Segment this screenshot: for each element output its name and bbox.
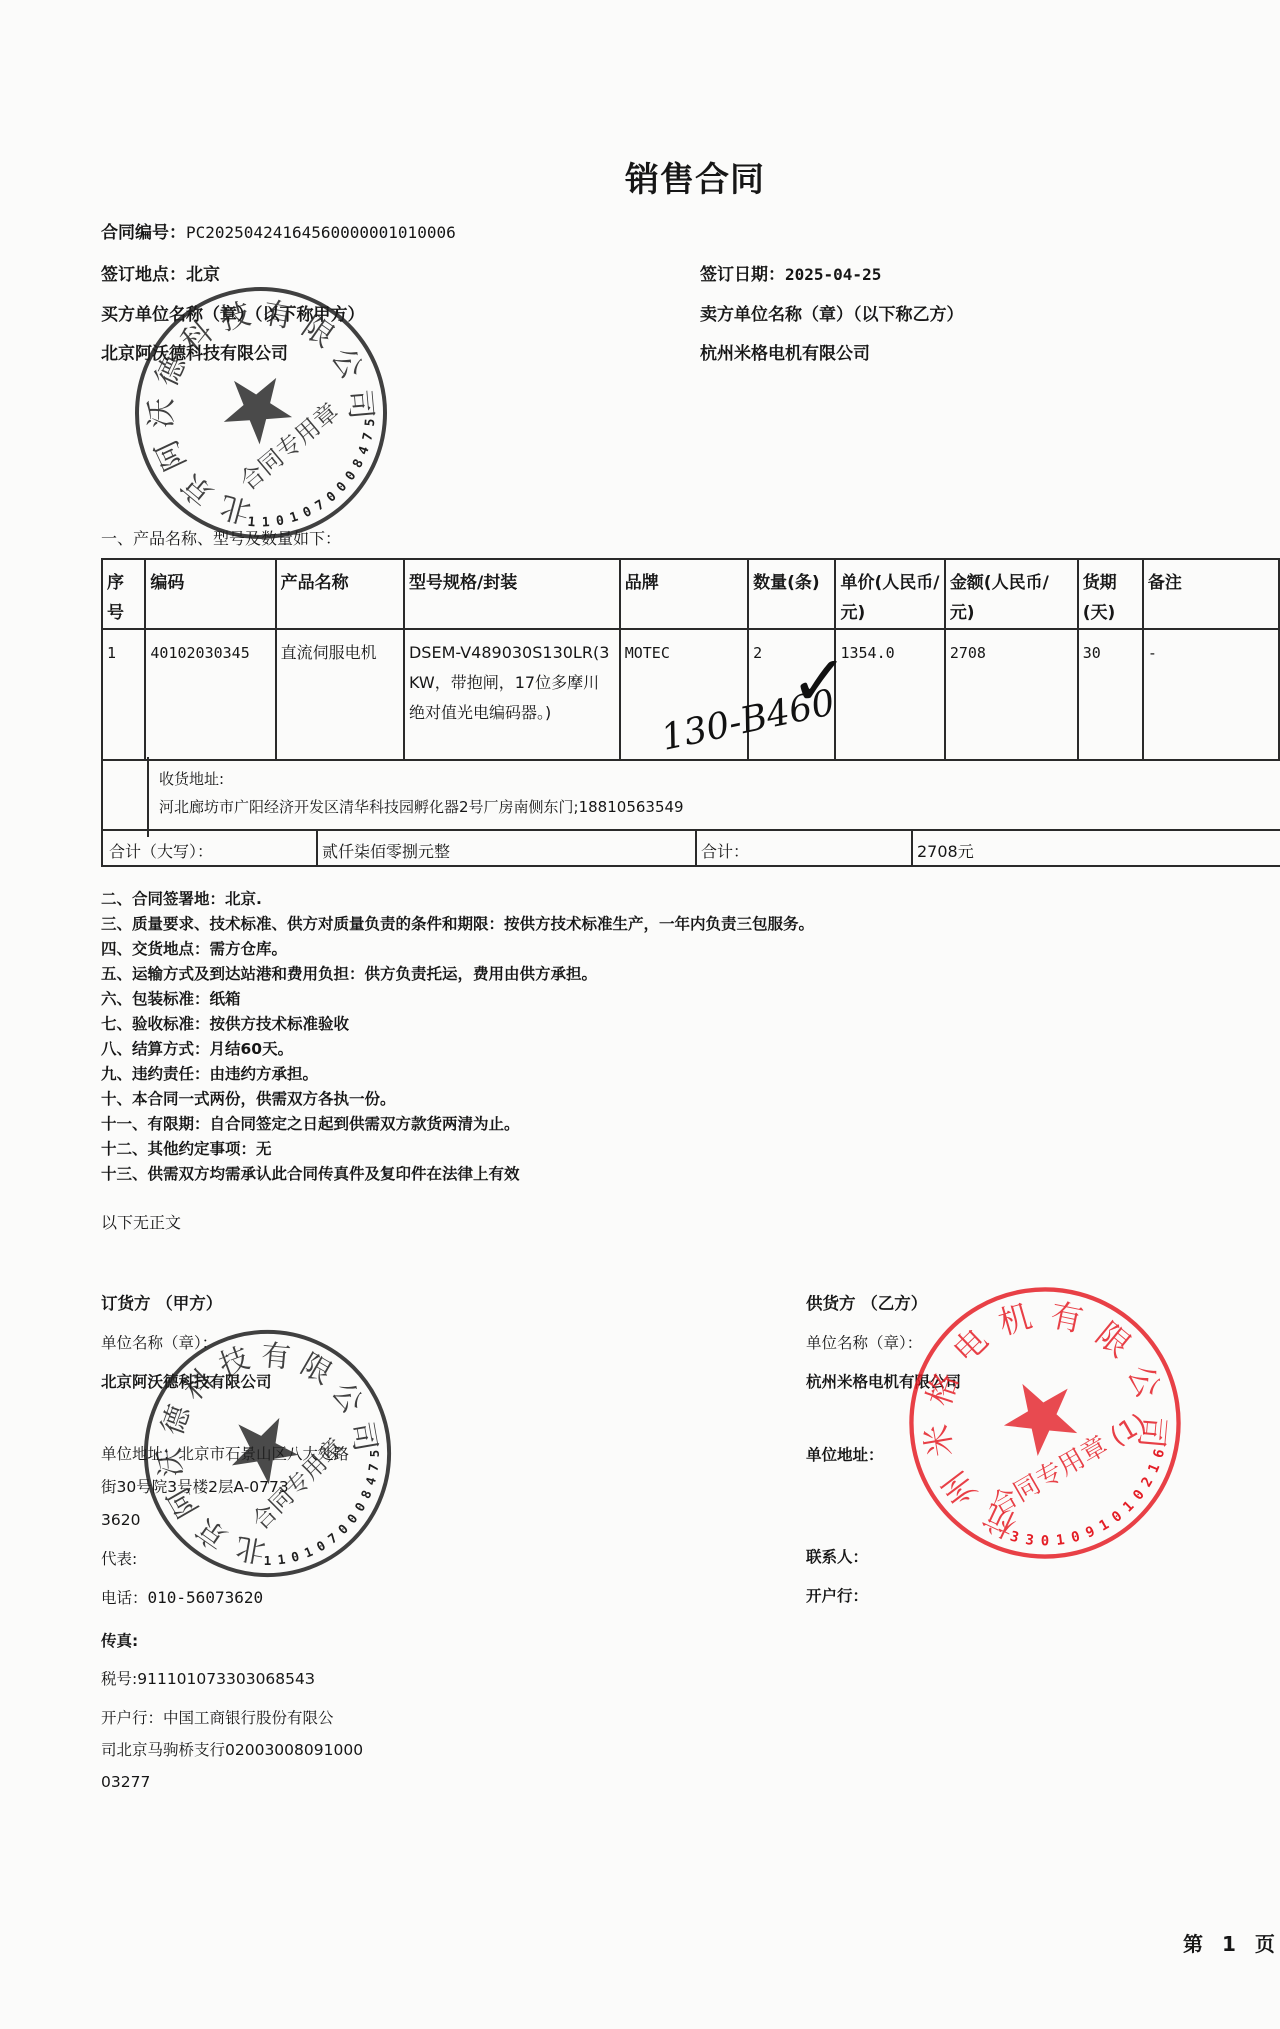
- no-more-text: 以下无正文: [101, 1210, 181, 1233]
- svg-text:0: 0: [343, 468, 360, 483]
- cell-unit-price: 1354.0: [835, 629, 944, 760]
- delivery-address-row: 收货地址: 河北廊坊市广阳经济开发区清华科技园孵化器2号厂房南侧东门;18810…: [101, 757, 1280, 831]
- svg-text:8: 8: [350, 457, 367, 471]
- svg-text:5: 5: [368, 1450, 383, 1458]
- svg-text:0: 0: [1070, 1529, 1082, 1547]
- clause-4: 四、交货地点：需方仓库。: [101, 937, 814, 962]
- svg-text:0: 0: [353, 1500, 370, 1514]
- seller-contract-stamp-icon: 杭州米格电机有限公司合同专用章 (1)3301091010216: [905, 1283, 1185, 1563]
- col-header-brand: 品牌: [620, 559, 748, 629]
- svg-text:0: 0: [290, 1549, 301, 1565]
- svg-text:科: 科: [175, 314, 220, 360]
- cell-seq: 1: [102, 629, 145, 760]
- svg-text:7: 7: [326, 1531, 341, 1548]
- svg-text:1: 1: [1055, 1532, 1065, 1549]
- buyer-address-line3: 3620: [101, 1510, 140, 1530]
- total-upper-value: 贰仟柒佰零捌元整: [316, 829, 697, 867]
- clause-8: 八、结算方式：月结60天。: [101, 1037, 814, 1062]
- svg-text:格: 格: [920, 1368, 966, 1411]
- total-upper-label: 合计（大写）：: [101, 829, 318, 867]
- buyer-company-stamp-icon: 北京阿沃德科技有限公司合同专用章1101070008475: [131, 283, 391, 543]
- svg-text:0: 0: [1130, 1487, 1148, 1503]
- signing-place-label: 签订地点：: [101, 265, 186, 285]
- svg-text:德: 德: [149, 349, 194, 392]
- svg-text:4: 4: [356, 444, 373, 457]
- svg-text:有: 有: [260, 296, 296, 336]
- svg-text:1: 1: [247, 515, 256, 531]
- svg-text:4: 4: [363, 1475, 380, 1487]
- clause-13: 十三、供需双方均需承认此合同传真件及复印件在法律上有效: [101, 1162, 814, 1187]
- svg-text:限: 限: [295, 1347, 337, 1391]
- contract-number-label: 合同编号：: [101, 223, 186, 243]
- svg-text:7: 7: [313, 497, 328, 514]
- col-header-qty: 数量(条): [748, 559, 835, 629]
- col-header-seq: 序号: [102, 559, 145, 629]
- svg-text:阿: 阿: [161, 1481, 205, 1523]
- clause-6: 六、包装标准：纸箱: [101, 987, 814, 1012]
- svg-text:司: 司: [341, 388, 378, 421]
- buyer-bank-line3: 03277: [101, 1772, 150, 1792]
- svg-text:0: 0: [334, 479, 350, 495]
- buyer-fax-label: 传真:: [101, 1631, 138, 1651]
- clause-5: 五、运输方式及到达站港和费用负担：供方负责托运，费用由供方承担。: [101, 962, 814, 987]
- table-header-row: 序号 编码 产品名称 型号规格/封装 品牌 数量(条) 单价(人民币/元) 金额…: [102, 559, 1279, 629]
- cell-spec: DSEM-V489030S130LR(3KW，带抱闸，17位多摩川绝对值光电编码…: [404, 629, 620, 760]
- svg-text:公: 公: [325, 1376, 370, 1420]
- clause-11: 十一、有限期：自合同签定之日起到供需双方款货两清为止。: [101, 1112, 814, 1137]
- seller-label: 卖方单位名称（章）（以下称乙方）: [700, 300, 964, 325]
- svg-text:7: 7: [360, 431, 376, 442]
- handwritten-checkmark-icon: ✓: [790, 640, 849, 722]
- svg-text:京: 京: [190, 1511, 234, 1556]
- svg-text:技: 技: [216, 297, 254, 339]
- svg-text:5: 5: [363, 418, 379, 427]
- svg-text:1: 1: [262, 515, 271, 530]
- svg-text:技: 技: [214, 1341, 253, 1383]
- contract-number-value: PC20250424164560000001010006: [186, 223, 456, 242]
- svg-text:1: 1: [302, 1545, 315, 1562]
- col-header-lead-days: 货期(天): [1078, 559, 1143, 629]
- delivery-address-value: 河北廊坊市广阳经济开发区清华科技园孵化器2号厂房南侧东门;18810563549: [159, 793, 1280, 821]
- buyer-bank-line1: 开户行：中国工商银行股份有限公: [101, 1708, 334, 1728]
- seller-bank-label: 开户行：: [806, 1586, 868, 1606]
- svg-text:1: 1: [1097, 1517, 1112, 1535]
- svg-text:沃: 沃: [152, 1446, 188, 1478]
- signing-place: 签订地点：北京: [101, 260, 220, 285]
- svg-text:1: 1: [1145, 1461, 1163, 1475]
- svg-text:1: 1: [277, 1552, 287, 1568]
- col-header-spec: 型号规格/封装: [404, 559, 620, 629]
- cell-lead-days: 30: [1078, 629, 1143, 760]
- contract-clauses: 二、合同签署地：北京. 三、质量要求、技术标准、供方对质量负责的条件和期限：按供…: [101, 887, 814, 1187]
- svg-text:有: 有: [1047, 1296, 1086, 1340]
- cell-remark: -: [1143, 629, 1279, 760]
- cell-name: 直流伺服电机: [276, 629, 404, 760]
- contract-number: 合同编号：PC20250424164560000001010006: [101, 218, 456, 243]
- col-header-code: 编码: [145, 559, 275, 629]
- svg-text:0: 0: [301, 504, 315, 521]
- svg-text:德: 德: [155, 1399, 198, 1440]
- cell-amount: 2708: [945, 629, 1078, 760]
- buyer-phone: 电话：010-56073620: [101, 1588, 263, 1608]
- svg-text:0: 0: [1109, 1508, 1125, 1526]
- seller-name: 杭州米格电机有限公司: [700, 339, 870, 364]
- svg-text:1: 1: [1120, 1498, 1137, 1515]
- svg-text:司: 司: [344, 1419, 383, 1454]
- clause-2: 二、合同签署地：北京.: [101, 887, 814, 912]
- seller-contact-label: 联系人：: [806, 1547, 868, 1567]
- clause-9: 九、违约责任：由违约方承担。: [101, 1062, 814, 1087]
- svg-text:阿: 阿: [149, 434, 193, 476]
- svg-text:限: 限: [295, 309, 340, 355]
- col-header-unit-price: 单价(人民币/元): [835, 559, 944, 629]
- buyer-bank-line2: 司北京马驹桥支行02003008091000: [101, 1740, 363, 1760]
- svg-text:公: 公: [1120, 1359, 1168, 1404]
- svg-text:8: 8: [359, 1488, 376, 1501]
- seller-heading: 供货方 （乙方）: [806, 1294, 927, 1314]
- signing-date-value: 2025-04-25: [785, 265, 881, 284]
- buyer-rep-label: 代表:: [101, 1549, 137, 1569]
- svg-text:0: 0: [275, 513, 285, 529]
- total-label: 合计：: [695, 829, 913, 867]
- svg-text:1: 1: [288, 510, 300, 527]
- signing-date-label: 签订日期：: [700, 265, 785, 285]
- document-title: 销售合同: [625, 152, 765, 201]
- svg-text:7: 7: [367, 1463, 383, 1473]
- total-value: 2708元: [911, 829, 1280, 867]
- signing-place-value: 北京: [186, 265, 220, 285]
- svg-text:3: 3: [1024, 1532, 1034, 1549]
- delivery-address-label: 收货地址:: [159, 765, 1280, 793]
- clause-10: 十、本合同一式两份，供需双方各执一份。: [101, 1087, 814, 1112]
- svg-text:1: 1: [264, 1554, 272, 1569]
- signing-date: 签订日期：2025-04-25: [700, 260, 881, 285]
- svg-text:沃: 沃: [145, 398, 180, 428]
- buyer-contract-stamp-icon: 北京阿沃德科技有限公司合同专用章1101070008475: [140, 1326, 395, 1581]
- svg-text:0: 0: [324, 489, 340, 506]
- col-header-remark: 备注: [1143, 559, 1279, 629]
- page-number: 第 1 页: [1183, 1928, 1280, 1957]
- svg-text:有: 有: [260, 1338, 292, 1374]
- svg-text:2: 2: [1139, 1475, 1157, 1490]
- col-header-name: 产品名称: [276, 559, 404, 629]
- svg-text:机: 机: [994, 1297, 1036, 1342]
- clause-12: 十二、其他约定事项：无: [101, 1137, 814, 1162]
- seller-address-label: 单位地址：: [806, 1445, 884, 1465]
- col-header-amount: 金额(人民币/元): [945, 559, 1078, 629]
- buyer-heading: 订货方 （甲方）: [101, 1294, 222, 1314]
- buyer-tax-no: 税号:91110107330306854З: [101, 1669, 315, 1689]
- svg-text:0: 0: [314, 1539, 328, 1556]
- svg-text:9: 9: [1083, 1523, 1097, 1541]
- svg-text:京: 京: [175, 466, 220, 512]
- svg-text:米: 米: [918, 1422, 961, 1460]
- seller-unit-name-label: 单位名称（章）：: [806, 1333, 922, 1353]
- svg-text:0: 0: [1041, 1533, 1049, 1549]
- clause-3: 三、质量要求、技术标准、供方对质量负责的条件和期限：按供方技术标准生产，一年内负…: [101, 912, 814, 937]
- clause-7: 七、验收标准：按供方技术标准验收: [101, 1012, 814, 1037]
- cell-code: 40102030345: [145, 629, 275, 760]
- svg-text:0: 0: [345, 1512, 362, 1527]
- svg-text:0: 0: [336, 1522, 352, 1538]
- svg-text:公: 公: [324, 342, 369, 385]
